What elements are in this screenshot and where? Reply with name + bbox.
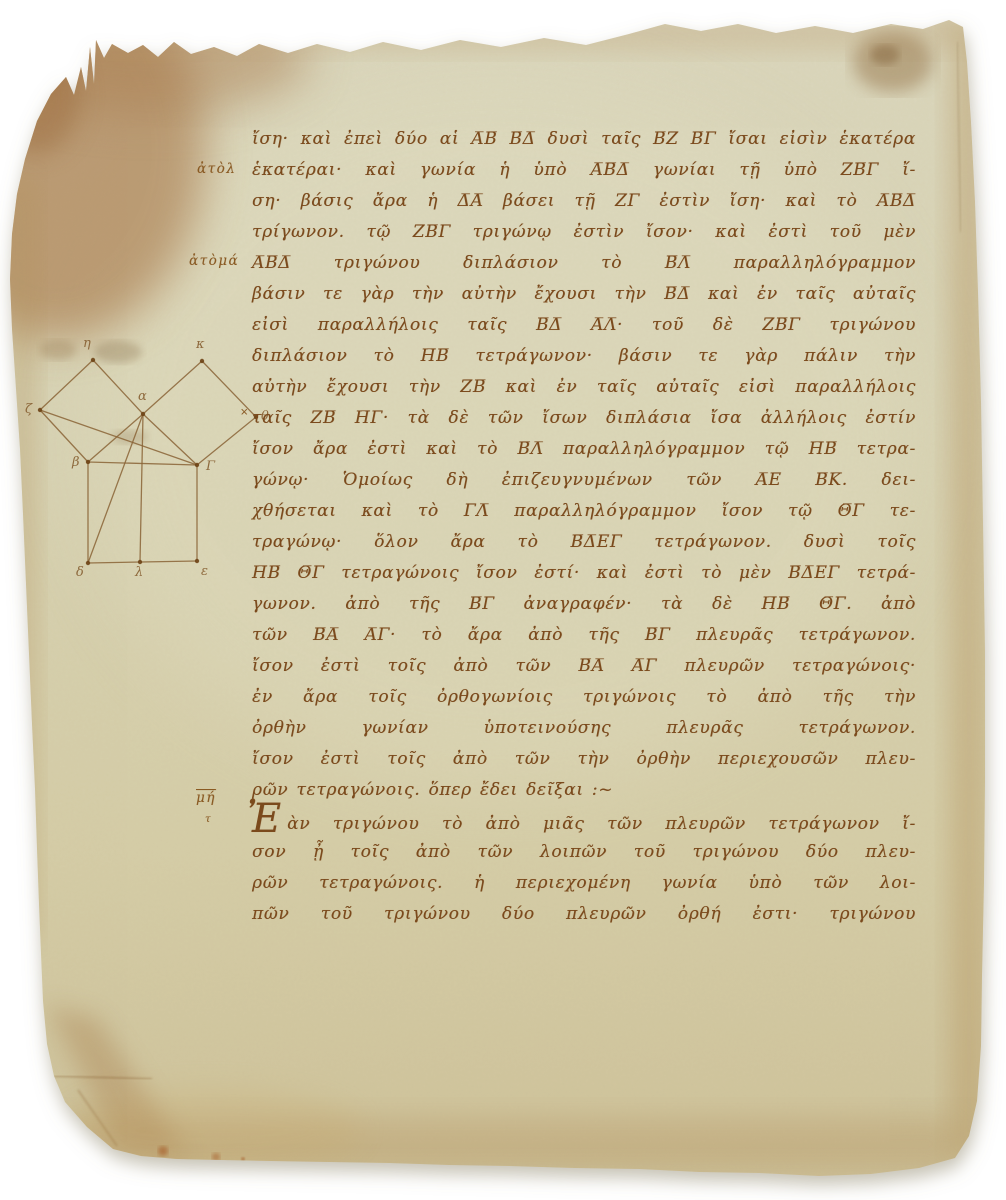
diagram-label-G: Γ — [205, 459, 216, 474]
manuscript-line: γωνον. ἀπὸ τῆς Β̅Γ̅ ἀναγραφέν· τὰ δὲ Η̅Β… — [252, 589, 916, 620]
manuscript-line: ἴση· καὶ ἐπεὶ δύο αἱ Α̅Β̅ Β̅Δ̅ δυσὶ ταῖς… — [252, 124, 916, 155]
diagram-point-L — [138, 560, 142, 564]
margin-note: τ — [205, 812, 211, 827]
manuscript-line: τραγώνῳ· ὅλον ἄρα τὸ Β̅Δ̅Ε̅Γ̅ τετράγωνον… — [252, 527, 916, 558]
manuscript-line: ἴσον ἄρα ἐστὶ καὶ τὸ Β̅Λ̅ παραλληλόγραμμ… — [252, 434, 916, 465]
manuscript-line: τῶν Β̅Α̅ Α̅Γ̅· τὸ ἄρα ἀπὸ τῆς Β̅Γ̅ πλευρ… — [252, 620, 916, 651]
manuscript-line: χθήσεται καὶ τὸ Γ̅Λ̅ παραλληλόγραμμον ἴσ… — [252, 496, 916, 527]
manuscript-line: διπλάσιον τὸ Η̅Β̅ τετράγωνον· βάσιν τε γ… — [252, 341, 916, 372]
manuscript-line: ρῶν τετραγώνοις. ἡ περιεχομένη γωνία ὑπὸ… — [252, 868, 916, 899]
manuscript-line: Ἐὰν τριγώνου τὸ ἀπὸ μιᾶς τῶν πλευρῶν τετ… — [252, 806, 916, 837]
diagram-label-Z: ζ — [25, 402, 33, 417]
manuscript-line: ἐν ἄρα τοῖς ὀρθογωνίοις τριγώνοις τὸ ἀπὸ… — [252, 682, 916, 713]
diagram-point-G — [195, 463, 199, 467]
diagram-point-K — [200, 359, 204, 363]
diagram-label-A: α — [138, 389, 147, 404]
text-block: ἴση· καὶ ἐπεὶ δύο αἱ Α̅Β̅ Β̅Δ̅ δυσὶ ταῖς… — [252, 124, 916, 984]
diagram-point-E — [195, 559, 199, 563]
manuscript-line: πῶν τοῦ τριγώνου δύο πλευρῶν ὀρθή ἐστι· … — [252, 899, 916, 930]
manuscript-line: ρῶν τετραγώνοις. ὅπερ ἔδει δεῖξαι :~ — [252, 775, 916, 806]
diagram-label-D: δ — [76, 565, 84, 580]
manuscript-line: ταῖς Ζ̅Β̅ Η̅Γ̅· τὰ δὲ τῶν ἴσων διπλάσια … — [252, 403, 916, 434]
manuscript-line: ὀρθὴν γωνίαν ὑποτεινούσης πλευρᾶς τετράγ… — [252, 713, 916, 744]
manuscript-line: γώνῳ· Ὁμοίως δὴ ἐπιζευγνυμένων τῶν Α̅Ε̅ … — [252, 465, 916, 496]
diagram-label-L: λ — [134, 565, 143, 580]
manuscript-line: βάσιν τε γὰρ τὴν αὐτὴν ἔχουσι τὴν Β̅Δ̅ κ… — [252, 279, 916, 310]
manuscript-line: ἴσον ἐστὶ τοῖς ἀπὸ τῶν τὴν ὀρθὴν περιεχο… — [252, 744, 916, 775]
manuscript-line: σον ᾖ τοῖς ἀπὸ τῶν λοιπῶν τοῦ τριγώνου δ… — [252, 837, 916, 868]
manuscript-line: τρίγωνον. τῷ Ζ̅Β̅Γ̅ τριγώνῳ ἐστὶν ἴσον· … — [252, 217, 916, 248]
diagram-label-E: ε — [201, 564, 208, 579]
margin-note: ἀτὸμά — [189, 254, 239, 269]
diagram-point-Z — [38, 408, 42, 412]
diagram-label-H: η — [83, 336, 91, 351]
manuscript-line: ση· βάσις ἄρα ἡ Δ̅Α̅ βάσει τῇ Ζ̅Γ̅ ἐστὶν… — [252, 186, 916, 217]
manuscript-line: ἑκατέραι· καὶ γωνία ἡ ὑπὸ Α̅Β̅Δ̅ γωνίαι … — [252, 155, 916, 186]
manuscript-line: αὐτὴν ἔχουσι τὴν Ζ̅Β̅ καὶ ἐν ταῖς αὐταῖς… — [252, 372, 916, 403]
diagram-point-D — [86, 561, 90, 565]
diagram-point-A — [141, 412, 145, 416]
manuscript-line: εἰσὶ παραλλήλοις ταῖς Β̅Δ̅ Α̅Λ̅· τοῦ δὲ … — [252, 310, 916, 341]
manuscript-line: ἴσον ἐστὶ τοῖς ἀπὸ τῶν Β̅Α̅ Α̅Γ̅ πλευρῶν… — [252, 651, 916, 682]
margin-note: × — [240, 405, 248, 420]
margin-note: ἀτὸλ — [197, 162, 236, 177]
manuscript-line: Η̅Β̅ Θ̅Γ̅ τετραγώνοις ἴσον ἐστί· καὶ ἐστ… — [252, 558, 916, 589]
diagram-label-B: β — [71, 455, 80, 470]
diagram-point-B — [86, 460, 90, 464]
manuscript-photo: ζηακθβΓδλε ἴση· καὶ ἐπεὶ δύο αἱ Α̅Β̅ Β̅Δ… — [0, 0, 1006, 1200]
margin-note: μή — [196, 791, 216, 806]
manuscript-line: Α̅Β̅Δ̅ τριγώνου διπλάσιον τὸ Β̅Λ̅ παραλλ… — [252, 248, 916, 279]
enlarged-initial-letter: Ἐ — [247, 809, 281, 829]
diagram-label-K: κ — [195, 337, 205, 352]
diagram-point-H — [91, 358, 95, 362]
